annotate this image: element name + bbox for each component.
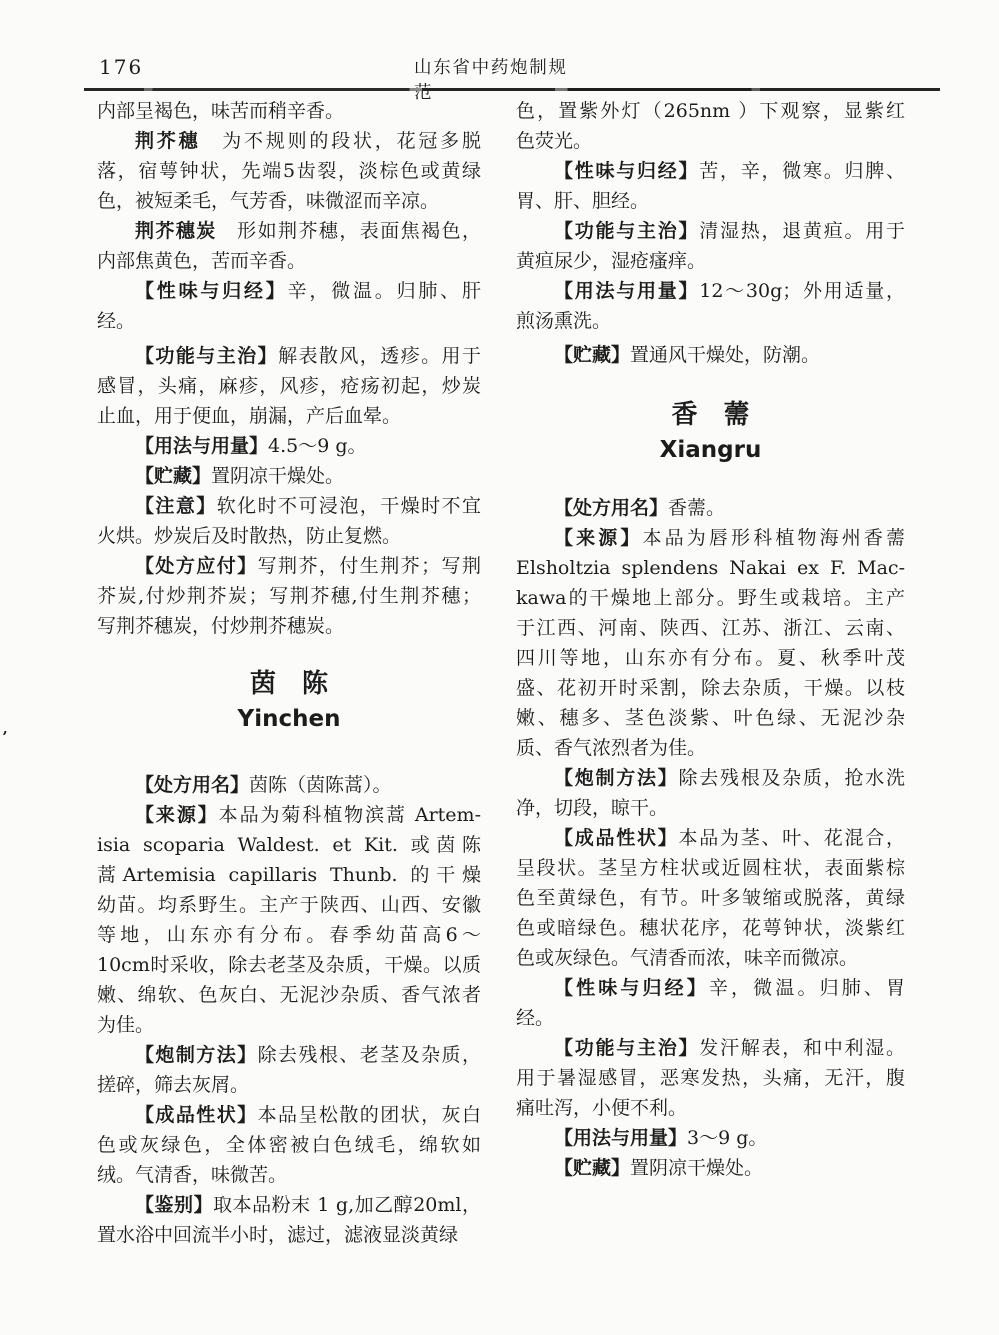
text-line: 于江西、河南、陕西、江苏、浙江、云南、 <box>516 613 905 643</box>
text-line: 落，宿萼钟状，先端5齿裂，淡棕色或黄绿 <box>97 156 481 186</box>
text-line: 【炮制方法】除去残根及杂质，抢水洗 <box>516 763 905 793</box>
section-label: 【炮制方法】 <box>135 1044 258 1066</box>
text-line: 火烘。炒炭后及时散热，防止复燃。 <box>97 521 481 551</box>
text-line: 【处方用名】茵陈（茵陈蒿）。 <box>97 770 481 800</box>
text-line: 为佳。 <box>97 1010 481 1040</box>
text-line: 净，切段，晾干。 <box>516 793 905 823</box>
section-label: 【炮制方法】 <box>554 767 679 789</box>
text-line: isia scoparia Waldest. et Kit. 或茵陈 <box>97 830 481 860</box>
text-line: 【贮藏】置阴凉干燥处。 <box>516 1153 905 1183</box>
section-label: 【处方用名】 <box>135 774 249 796</box>
text-line: 【贮藏】置阴凉干燥处。 <box>97 461 481 491</box>
section-label: 【贮藏】 <box>135 465 211 487</box>
section-label: 【处方应付】 <box>135 555 258 577</box>
section-title-zh: 茵 陈 <box>97 665 481 703</box>
text-line: 黄疸尿少，湿疮瘙痒。 <box>516 246 905 276</box>
text-line: 幼苗。均系野生。主产于陕西、山西、安徽 <box>97 890 481 920</box>
margin-artifact-mark: ʼ <box>2 728 7 746</box>
text-line: 【用法与用量】12～30g；外用适量， <box>516 276 905 306</box>
text-line: 【用法与用量】4.5～9 g。 <box>97 431 481 461</box>
drug-form-lead: 荆芥穗炭 <box>135 220 217 242</box>
text-line: 色或灰绿色，全体密被白色绒毛，绵软如 <box>97 1130 481 1160</box>
text-line: 荆芥穗炭 形如荆芥穗，表面焦褐色， <box>97 216 481 246</box>
vertical-spacer <box>516 466 905 493</box>
vertical-spacer <box>516 370 905 396</box>
page-number: 176 <box>99 55 143 79</box>
section-label: 【性味与归经】 <box>554 977 709 999</box>
text-line: kawa的干燥地上部分。野生或栽培。主产 <box>516 583 905 613</box>
text-line: 【性味与归经】辛，微温。归肺、肝 <box>97 276 481 306</box>
text-line: 色荧光。 <box>516 126 905 156</box>
section-label: 【处方用名】 <box>554 497 668 519</box>
section-label: 【贮藏】 <box>554 344 630 366</box>
text-line: 10cm时采收，除去老茎及杂质，干燥。以质 <box>97 950 481 980</box>
text-line: 【成品性状】本品为茎、叶、花混合， <box>516 823 905 853</box>
text-line: 质、香气浓烈者为佳。 <box>516 733 905 763</box>
text-line: 【来源】本品为唇形科植物海州香薷 <box>516 523 905 553</box>
section-title-zh: 香 薷 <box>516 396 905 434</box>
text-line: 【用法与用量】3～9 g。 <box>516 1123 905 1153</box>
text-line: 【注意】软化时不可浸泡，干燥时不宜 <box>97 491 481 521</box>
text-line: 色至黄绿色，有节。叶多皱缩或脱落，黄绿 <box>516 883 905 913</box>
text-line: 痛吐泻，小便不利。 <box>516 1093 905 1123</box>
section-label: 【功能与主治】 <box>554 220 699 242</box>
section-label: 【功能与主治】 <box>554 1037 699 1059</box>
text-line: 呈段状。茎呈方柱状或近圆柱状，表面紫棕 <box>516 853 905 883</box>
text-line: 【来源】本品为菊科植物滨蒿 Artem- <box>97 800 481 830</box>
section-label: 【注意】 <box>135 495 217 517</box>
text-line: 绒。气清香，味微苦。 <box>97 1160 481 1190</box>
text-line: 芥炭,付炒荆芥炭；写荆芥穗,付生荆芥穗； <box>97 581 481 611</box>
text-line: 搓碎，筛去灰屑。 <box>97 1070 481 1100</box>
text-line: 蒿Artemisia capillaris Thunb. 的干燥 <box>97 860 481 890</box>
section-title-pinyin: Yinchen <box>97 703 481 735</box>
left-column: 内部呈褐色，味苦而稍辛香。荆芥穗 为不规则的段状，花冠多脱落，宿萼钟状，先端5齿… <box>97 96 481 1250</box>
text-line: 嫩、穗多、茎色淡紫、叶色绿、无泥沙杂 <box>516 703 905 733</box>
text-line: 煎汤熏洗。 <box>516 306 905 336</box>
text-line: 经。 <box>97 306 481 336</box>
text-line: 【炮制方法】除去残根、老茎及杂质， <box>97 1040 481 1070</box>
text-line: 【性味与归经】辛，微温。归肺、胃 <box>516 973 905 1003</box>
text-line: 止血，用于便血，崩漏，产后血晕。 <box>97 401 481 431</box>
text-line: 色或灰绿色。气清香而浓，味辛而微凉。 <box>516 943 905 973</box>
text-line: 胃、肝、胆经。 <box>516 186 905 216</box>
vertical-spacer <box>97 735 481 770</box>
text-line: 荆芥穗 为不规则的段状，花冠多脱 <box>97 126 481 156</box>
text-line: 色或暗绿色。穗状花序，花萼钟状，淡紫红 <box>516 913 905 943</box>
text-line: Elsholtzia splendens Nakai ex F. Mac- <box>516 553 905 583</box>
text-line: 【功能与主治】解表散风，透疹。用于 <box>97 341 481 371</box>
text-line: 感冒，头痛，麻疹，风疹，疮疡初起，炒炭 <box>97 371 481 401</box>
text-line: 内部焦黄色，苦而辛香。 <box>97 246 481 276</box>
text-line: 色，置紫外灯（265nm ）下观察，显紫红 <box>516 96 905 126</box>
text-line: 内部呈褐色，味苦而稍辛香。 <box>97 96 481 126</box>
text-line: 写荆芥穗炭，付炒荆芥穗炭。 <box>97 611 481 641</box>
text-line: 经。 <box>516 1003 905 1033</box>
section-label: 【用法与用量】 <box>554 280 699 302</box>
section-label: 【贮藏】 <box>554 1157 630 1179</box>
section-label: 【用法与用量】 <box>135 435 268 457</box>
text-line: 四川等地，山东亦有分布。夏、秋季叶茂 <box>516 643 905 673</box>
text-line: 【性味与归经】苦，辛，微寒。归脾、 <box>516 156 905 186</box>
header-rule <box>84 88 940 91</box>
section-label: 【性味与归经】 <box>135 280 288 302</box>
section-label: 【来源】 <box>135 804 219 826</box>
section-label: 【来源】 <box>554 527 643 549</box>
scanned-book-page: 176 山东省中药炮制规范 ʼ 内部呈褐色，味苦而稍辛香。荆芥穗 为不规则的段状… <box>0 0 999 1335</box>
text-line: 【贮藏】置通风干燥处，防潮。 <box>516 340 905 370</box>
section-label: 【鉴别】 <box>135 1194 213 1216</box>
drug-form-lead: 荆芥穗 <box>135 130 200 152</box>
text-line: 色，被短柔毛，气芳香，味微涩而辛凉。 <box>97 186 481 216</box>
text-line: 【成品性状】本品呈松散的团状，灰白 <box>97 1100 481 1130</box>
right-column: 色，置紫外灯（265nm ）下观察，显紫红色荧光。【性味与归经】苦，辛，微寒。归… <box>516 96 905 1183</box>
text-line: 【处方用名】香薷。 <box>516 493 905 523</box>
section-label: 【性味与归经】 <box>554 160 699 182</box>
text-line: 置水浴中回流半小时，滤过，滤液显淡黄绿 <box>97 1220 481 1250</box>
section-label: 【成品性状】 <box>135 1104 258 1126</box>
text-line: 【功能与主治】发汗解表，和中利湿。 <box>516 1033 905 1063</box>
section-label: 【功能与主治】 <box>135 345 278 367</box>
section-label: 【用法与用量】 <box>554 1127 687 1149</box>
text-line: 用于暑湿感冒，恶寒发热，头痛，无汗，腹 <box>516 1063 905 1093</box>
section-label: 【成品性状】 <box>554 827 679 849</box>
text-line: 嫩、绵软、色灰白、无泥沙杂质、香气浓者 <box>97 980 481 1010</box>
text-line: 【鉴别】取本品粉末 1 g,加乙醇20ml， <box>97 1190 481 1220</box>
text-line: 盛、花初开时采割，除去杂质，干燥。以枝 <box>516 673 905 703</box>
section-title-pinyin: Xiangru <box>516 434 905 466</box>
text-line: 【处方应付】写荆芥，付生荆芥；写荆 <box>97 551 481 581</box>
vertical-spacer <box>97 641 481 665</box>
text-line: 【功能与主治】清湿热，退黄疸。用于 <box>516 216 905 246</box>
text-line: 等地，山东亦有分布。春季幼苗高6～ <box>97 920 481 950</box>
